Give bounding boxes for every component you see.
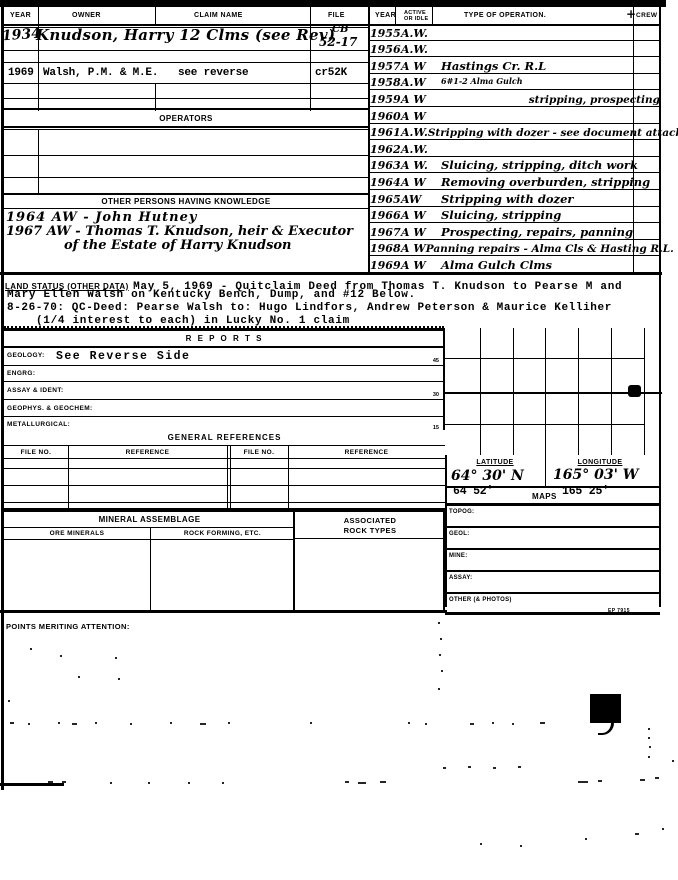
- form-number: EP 7915: [608, 608, 630, 614]
- card-left-stub-line: [0, 783, 64, 786]
- longitude-hand-value: 165° 03' W: [553, 467, 638, 483]
- activity-active: A W: [397, 259, 441, 272]
- other-persons-section: OTHER PERSONS HAVING KNOWLEDGE 1964 AW -…: [4, 193, 368, 272]
- activity-row: 1959A Wstripping, prospecting: [368, 90, 660, 107]
- activity-year: 1956: [368, 43, 397, 56]
- rule-line: [310, 7, 311, 111]
- report-row-assay: ASSAY & IDENT: 30: [4, 382, 445, 400]
- activity-row: 1969A WAlma Gulch Clms: [368, 256, 660, 272]
- file-box-label: OTHER (& PHOTOS): [449, 597, 512, 603]
- file-box-mine: MINE:: [445, 550, 660, 572]
- rule-line: [432, 7, 433, 24]
- rule-line: [4, 62, 368, 63]
- activity-active: AW: [397, 193, 441, 206]
- activity-year: 1965: [368, 193, 397, 206]
- activity-operation: Removing overburden, stripping: [441, 175, 660, 189]
- associated-title-line-1: ASSOCIATED: [295, 516, 445, 525]
- other-persons-title: OTHER PERSONS HAVING KNOWLEDGE: [4, 197, 368, 206]
- ore-minerals-col-header: ORE MINERALS: [4, 530, 150, 537]
- activity-active: A W.: [397, 159, 441, 172]
- activity-active: A.W.: [397, 43, 441, 56]
- owner-table-header-file: FILE: [328, 12, 345, 19]
- activity-active: A.W.: [397, 126, 428, 139]
- rule-line: [2, 510, 295, 512]
- activity-table: YEAR ACTIVE OR IDLE TYPE OF OPERATION. +…: [368, 7, 660, 272]
- rule-line: [155, 7, 156, 24]
- owner-hand-file-top: CB: [332, 24, 348, 35]
- owner-typed-name: Walsh, P.M. & M.E.: [43, 67, 158, 79]
- activity-row: 1961A.W.Stripping with dozer - see docum…: [368, 124, 660, 141]
- knowledge-entry: 1967 AW - Thomas T. Knudson, heir & Exec…: [6, 224, 353, 239]
- rule-line: [4, 458, 445, 459]
- crew-hand-mark: +: [626, 7, 636, 21]
- activity-operation: Sluicing, stripping, ditch work: [441, 158, 660, 172]
- activity-operation: Stripping with dozer - see document atta…: [428, 127, 678, 139]
- activity-rows: 1955A.W. 1956A.W. 1957A WHastings Cr. R.…: [368, 24, 660, 272]
- rule-line: [0, 610, 447, 613]
- report-row-geophys: GEOPHYS. & GEOCHEM:: [4, 400, 445, 417]
- file-box-topog: TOPOG:: [445, 506, 660, 528]
- rule-line: [295, 510, 445, 512]
- activity-operation: Sluicing, stripping: [441, 208, 660, 222]
- activity-row: 1957A WHastings Cr. R.L: [368, 57, 660, 74]
- report-label: METALLURGICAL:: [7, 421, 70, 428]
- associated-title-line-2: ROCK TYPES: [295, 526, 445, 535]
- land-status-line-2: Mary Ellen Walsh on Kentucky Bench, Dump…: [7, 289, 416, 301]
- rule-line: [445, 424, 645, 425]
- file-box-geol: GEOL:: [445, 528, 660, 550]
- activity-active: A W: [397, 176, 441, 189]
- activity-active: A W: [397, 226, 441, 239]
- reports-title: R E P O R T S: [4, 334, 445, 343]
- rule-line: [4, 468, 445, 469]
- reports-side-grid: [445, 328, 645, 455]
- latitude-hand-value: 64° 30' N: [451, 468, 524, 484]
- activity-active: A.W.: [397, 27, 441, 40]
- operators-title: OPERATORS: [4, 114, 368, 123]
- general-references-section: GENERAL REFERENCES FILE NO. REFERENCE FI…: [4, 430, 445, 510]
- owner-hand-file: 52-17: [319, 35, 357, 49]
- rule-line: [150, 527, 151, 610]
- rule-line: [445, 358, 645, 359]
- activity-row: 1962A.W.: [368, 140, 660, 157]
- owner-table-header-year: YEAR: [10, 12, 31, 19]
- curl-mark-artifact: [598, 722, 614, 735]
- owner-typed-file: cr52K: [315, 67, 347, 79]
- rule-line: [0, 272, 662, 275]
- owner-table-header-owner: OWNER: [72, 12, 101, 19]
- knowledge-entry: 1964 AW - John Hutney: [6, 210, 197, 225]
- activity-row: 1963A W.Sluicing, stripping, ditch work: [368, 157, 660, 174]
- report-num: 30: [433, 392, 439, 398]
- rule-line: [4, 50, 368, 51]
- longitude-label: LONGITUDE: [545, 459, 655, 466]
- associated-rock-types-box: ASSOCIATED ROCK TYPES: [295, 510, 445, 610]
- rule-line: [4, 126, 368, 128]
- rule-line: [4, 445, 445, 446]
- mineral-assemblage-section: MINERAL ASSEMBLAGE ORE MINERALS ROCK FOR…: [4, 510, 295, 610]
- file-box-label: ASSAY:: [449, 575, 472, 581]
- activity-active: A W: [397, 93, 429, 106]
- owner-table: YEAR OWNER CLAIM NAME FILE 1934 Knudson,…: [4, 7, 368, 111]
- activity-header-active-2: OR IDLE: [404, 16, 428, 22]
- activity-header-year: YEAR: [375, 12, 396, 19]
- activity-active: A W: [397, 60, 441, 73]
- rule-line: [4, 129, 368, 130]
- points-meriting-attention-label: POINTS MERITING ATTENTION:: [6, 622, 130, 631]
- owner-hand-name: Knudson, Harry 12 Clms (see Rev): [36, 26, 335, 44]
- rule-line: [4, 83, 368, 84]
- rule-line: [633, 7, 634, 24]
- owner-table-header-claim-name: CLAIM NAME: [194, 12, 243, 19]
- gen-ref-col-file-no-2: FILE NO.: [230, 449, 288, 456]
- file-box-assay: ASSAY:: [445, 572, 660, 594]
- mining-claim-record-card: YEAR OWNER CLAIM NAME FILE 1934 Knudson,…: [0, 0, 678, 880]
- activity-row: 1967A WProspecting, repairs, panning: [368, 223, 660, 240]
- report-num: 45: [433, 358, 439, 364]
- activity-operation: stripping, prospecting: [429, 94, 660, 106]
- land-status-line-3: 8-26-70: QC-Deed: Pearse Walsh to: Hugo …: [7, 302, 612, 314]
- maps-label: MAPS: [532, 492, 557, 501]
- activity-year: 1962: [368, 143, 397, 156]
- activity-year: 1969: [368, 259, 397, 272]
- activity-header-crew: CREW: [636, 12, 657, 19]
- report-row-geology: GEOLOGY: See Reverse Side 45: [4, 348, 445, 366]
- activity-year: 1964: [368, 176, 397, 189]
- activity-row: 1966A WSluicing, stripping: [368, 207, 660, 224]
- rule-line: [68, 445, 69, 508]
- activity-year: 1968: [368, 242, 397, 255]
- rule-line: [395, 7, 396, 24]
- activity-operation: Stripping with dozer: [441, 192, 660, 206]
- ink-blob-artifact: [628, 385, 641, 397]
- report-value: See Reverse Side: [56, 350, 190, 363]
- activity-row: 1956A.W.: [368, 41, 660, 58]
- knowledge-entry: of the Estate of Harry Knudson: [64, 238, 292, 253]
- black-square-artifact: [590, 694, 621, 723]
- activity-year: 1966: [368, 209, 397, 222]
- activity-active: A W: [397, 110, 441, 123]
- rule-line: [2, 328, 445, 331]
- rule-line: [288, 445, 289, 508]
- gen-ref-col-reference-1: REFERENCE: [68, 449, 227, 456]
- file-box-label: TOPOG:: [449, 509, 474, 515]
- activity-row: 1964A WRemoving overburden, stripping: [368, 173, 660, 190]
- rule-line: [4, 485, 445, 486]
- report-label: ASSAY & IDENT:: [7, 387, 64, 394]
- activity-operation: 6#1-2 Alma Gulch: [441, 74, 660, 86]
- rule-line: [155, 83, 156, 111]
- gen-ref-col-file-no-1: FILE NO.: [4, 449, 68, 456]
- rule-line: [4, 155, 368, 156]
- rule-line: [38, 129, 39, 193]
- activity-year: 1963: [368, 159, 397, 172]
- activity-year: 1960: [368, 110, 397, 123]
- activity-row: 1965AWStripping with dozer: [368, 190, 660, 207]
- owner-typed-year: 1969: [8, 67, 34, 79]
- file-box-label: MINE:: [449, 553, 468, 559]
- top-scan-bar: [0, 0, 666, 7]
- activity-year: 1955: [368, 27, 397, 40]
- activity-active: A.W: [397, 76, 441, 89]
- report-label: GEOPHYS. & GEOCHEM:: [7, 405, 93, 412]
- general-references-title: GENERAL REFERENCES: [4, 433, 445, 442]
- report-row-engrg: ENGRG:: [4, 366, 445, 382]
- activity-year: 1961: [368, 126, 397, 139]
- rule-line: [227, 445, 228, 508]
- activity-active: A W: [397, 242, 426, 255]
- rule-line: [4, 177, 368, 178]
- latitude-typed-value: 64 52': [453, 485, 493, 498]
- file-reference-stack: TOPOG: GEOL: MINE: ASSAY: OTHER (& PHOTO…: [445, 506, 660, 607]
- activity-operation: Panning repairs - Alma Cls & Hasting R.L…: [426, 243, 674, 255]
- activity-operation: Hastings Cr. R.L: [441, 59, 660, 73]
- activity-row: 1960A W: [368, 107, 660, 124]
- gen-ref-col-reference-2: REFERENCE: [288, 449, 445, 456]
- location-box: LATITUDE LONGITUDE 64° 30' N 165° 03' W …: [445, 455, 660, 506]
- report-label: ENGRG:: [7, 370, 35, 377]
- rule-line: [443, 510, 445, 610]
- rule-line: [4, 208, 368, 209]
- latitude-label: LATITUDE: [445, 459, 545, 466]
- rule-line: [4, 98, 368, 99]
- rule-line: [545, 455, 546, 486]
- file-box-label: GEOL:: [449, 531, 470, 537]
- rule-line: [4, 502, 445, 503]
- activity-active: A W: [397, 209, 441, 222]
- activity-operation: Alma Gulch Clms: [441, 258, 660, 272]
- activity-row: 1955A.W.: [368, 24, 660, 41]
- activity-row: 1968A WPanning repairs - Alma Cls & Hast…: [368, 240, 660, 257]
- activity-year: 1967: [368, 226, 397, 239]
- activity-row: 1958A.W6#1-2 Alma Gulch: [368, 74, 660, 91]
- rock-forming-col-header: ROCK FORMING, ETC.: [150, 530, 295, 537]
- rule-line: [295, 538, 445, 539]
- report-label: GEOLOGY:: [7, 352, 45, 359]
- land-status-section: LAND STATUS (OTHER DATA) May 5, 1969 - Q…: [4, 276, 662, 328]
- rule-line: [2, 108, 368, 110]
- activity-year: 1959: [368, 93, 397, 106]
- longitude-typed-value: 165 25': [562, 485, 609, 498]
- rule-line: [38, 7, 39, 111]
- operators-section: OPERATORS: [4, 108, 368, 196]
- activity-year: 1957: [368, 60, 397, 73]
- activity-active: A.W.: [397, 143, 441, 156]
- reports-section: R E P O R T S GEOLOGY: See Reverse Side …: [4, 328, 445, 430]
- activity-header-operation: TYPE OF OPERATION.: [464, 12, 546, 19]
- activity-year: 1958: [368, 76, 397, 89]
- activity-operation: Prospecting, repairs, panning: [441, 225, 660, 239]
- owner-typed-claim: see reverse: [178, 67, 248, 79]
- rule-line: [230, 445, 231, 508]
- mineral-assemblage-title: MINERAL ASSEMBLAGE: [4, 515, 295, 524]
